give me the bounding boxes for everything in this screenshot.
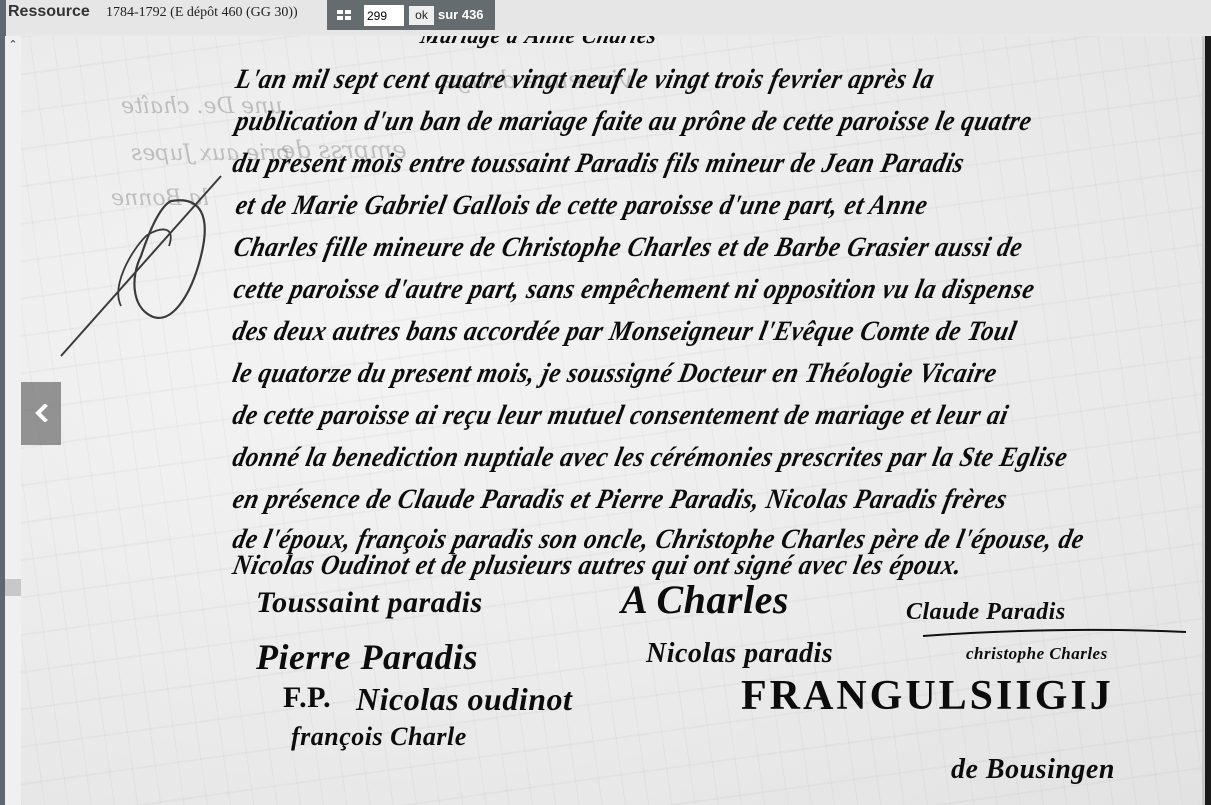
toolbar: ‹ Ressource 1784-1792 (E dépôt 460 (GG 3… <box>0 0 1211 34</box>
total-pages-label: sur 436 <box>438 7 484 22</box>
manuscript-line: du present mois entre toussaint Paradis … <box>230 148 967 179</box>
signature-flourish <box>921 626 1191 646</box>
chevron-up-icon[interactable]: ⌃ <box>5 38 21 52</box>
signature: de Bousingen <box>951 754 1115 786</box>
manuscript-line: donné la benediction nuptiale avec les c… <box>230 442 1071 473</box>
signature: Toussaint paradis <box>256 586 483 620</box>
manuscript-line: des deux autres bans accordée par Monsei… <box>230 316 1020 347</box>
manuscript-line: Nicolas Oudinot et de plusieurs autres q… <box>230 550 965 581</box>
chevron-left-icon <box>34 404 48 422</box>
signature: Pierre Paradis <box>256 636 478 678</box>
page-edge <box>1205 36 1211 805</box>
manuscript-line: publication d'un ban de mariage faite au… <box>233 106 1035 137</box>
grid-view-icon[interactable] <box>337 10 351 20</box>
signature: françois Charle <box>291 722 467 752</box>
manuscript-line: le quatorze du present mois, je soussign… <box>230 358 1000 389</box>
margin-flourish <box>51 156 231 376</box>
signature: Nicolas oudinot <box>356 681 572 718</box>
signature: F.P. <box>283 681 331 715</box>
manuscript-line: cette paroisse d'autre part, sans empêch… <box>231 274 1038 305</box>
signature: Nicolas paradis <box>646 638 833 670</box>
scroll-track[interactable] <box>5 36 21 805</box>
page-number-input[interactable] <box>364 5 404 26</box>
previous-page-button[interactable] <box>21 382 61 445</box>
manuscript-line: en présence de Claude Paradis et Pierre … <box>230 484 1010 515</box>
signature: A Charles <box>621 576 789 623</box>
manuscript-line: Charles fille mineure de Christophe Char… <box>231 232 1026 263</box>
signature: Claude Paradis <box>906 599 1066 626</box>
manuscript-line: et de Marie Gabriel Gallois de cette par… <box>233 190 931 221</box>
signature: FRANGULSIIGIJ <box>741 672 1114 720</box>
resource-subtitle: 1784-1792 (E dépôt 460 (GG 30)) <box>106 5 298 21</box>
manuscript-line: de cette paroisse ai reçu leur mutuel co… <box>230 400 1012 431</box>
manuscript-heading-partial: Mariage d'Anne Charles <box>418 36 660 50</box>
manuscript-line: L'an mil sept cent quatre vingt neuf le … <box>233 64 938 95</box>
go-to-page-button[interactable]: ok <box>409 6 434 25</box>
resource-title: Ressource <box>8 3 90 21</box>
document-viewer[interactable]: une De. chaîte prie aux Jupes la Bonne e… <box>21 36 1211 805</box>
page-navigation: ok sur 436 <box>327 0 495 30</box>
signature: christophe Charles <box>966 644 1108 664</box>
scrollbar-thumb[interactable] <box>5 579 21 596</box>
